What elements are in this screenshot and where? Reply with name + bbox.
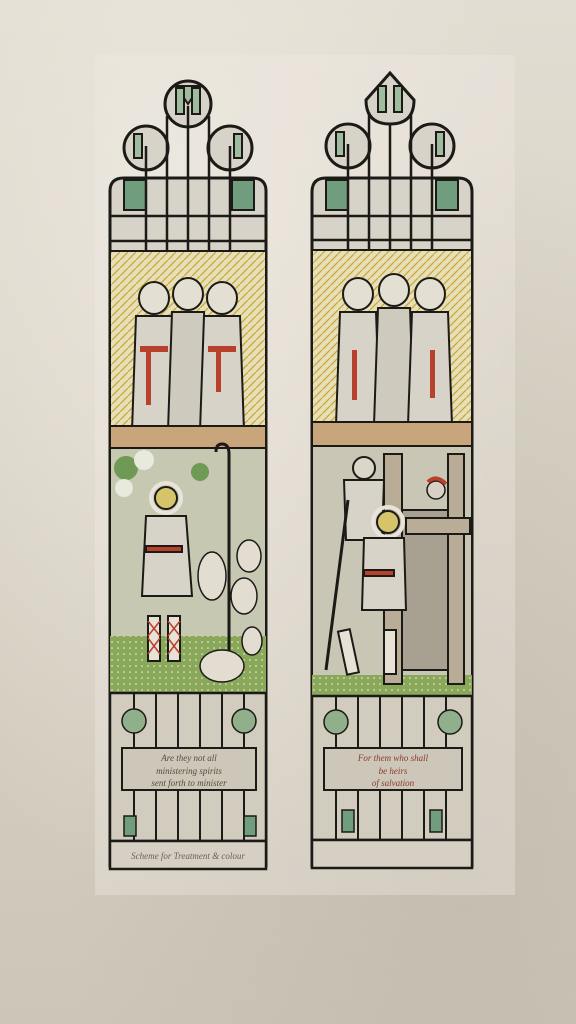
svg-text:of salvation: of salvation <box>372 778 415 788</box>
left-lancet-window: Are they not all ministering spirits sen… <box>104 76 284 876</box>
cloud-ground <box>110 426 266 448</box>
svg-text:sent forth to minister: sent forth to minister <box>151 778 227 788</box>
svg-text:For them who shall: For them who shall <box>357 753 429 763</box>
svg-text:Are they not all: Are they not all <box>160 753 217 763</box>
angels-group <box>132 278 244 431</box>
onlooker-figure <box>427 481 445 499</box>
angels-group <box>336 274 452 425</box>
inscription-left: Are they not all ministering spirits sen… <box>151 753 227 788</box>
footer-note: Scheme for Treatment & colour <box>131 851 245 861</box>
svg-text:be heirs: be heirs <box>379 766 408 776</box>
footer-strip <box>312 840 472 868</box>
right-lancet-window: For them who shall be heirs of salvation <box>306 70 491 876</box>
cloud-ground <box>312 422 472 446</box>
svg-text:ministering spirits: ministering spirits <box>156 766 222 776</box>
